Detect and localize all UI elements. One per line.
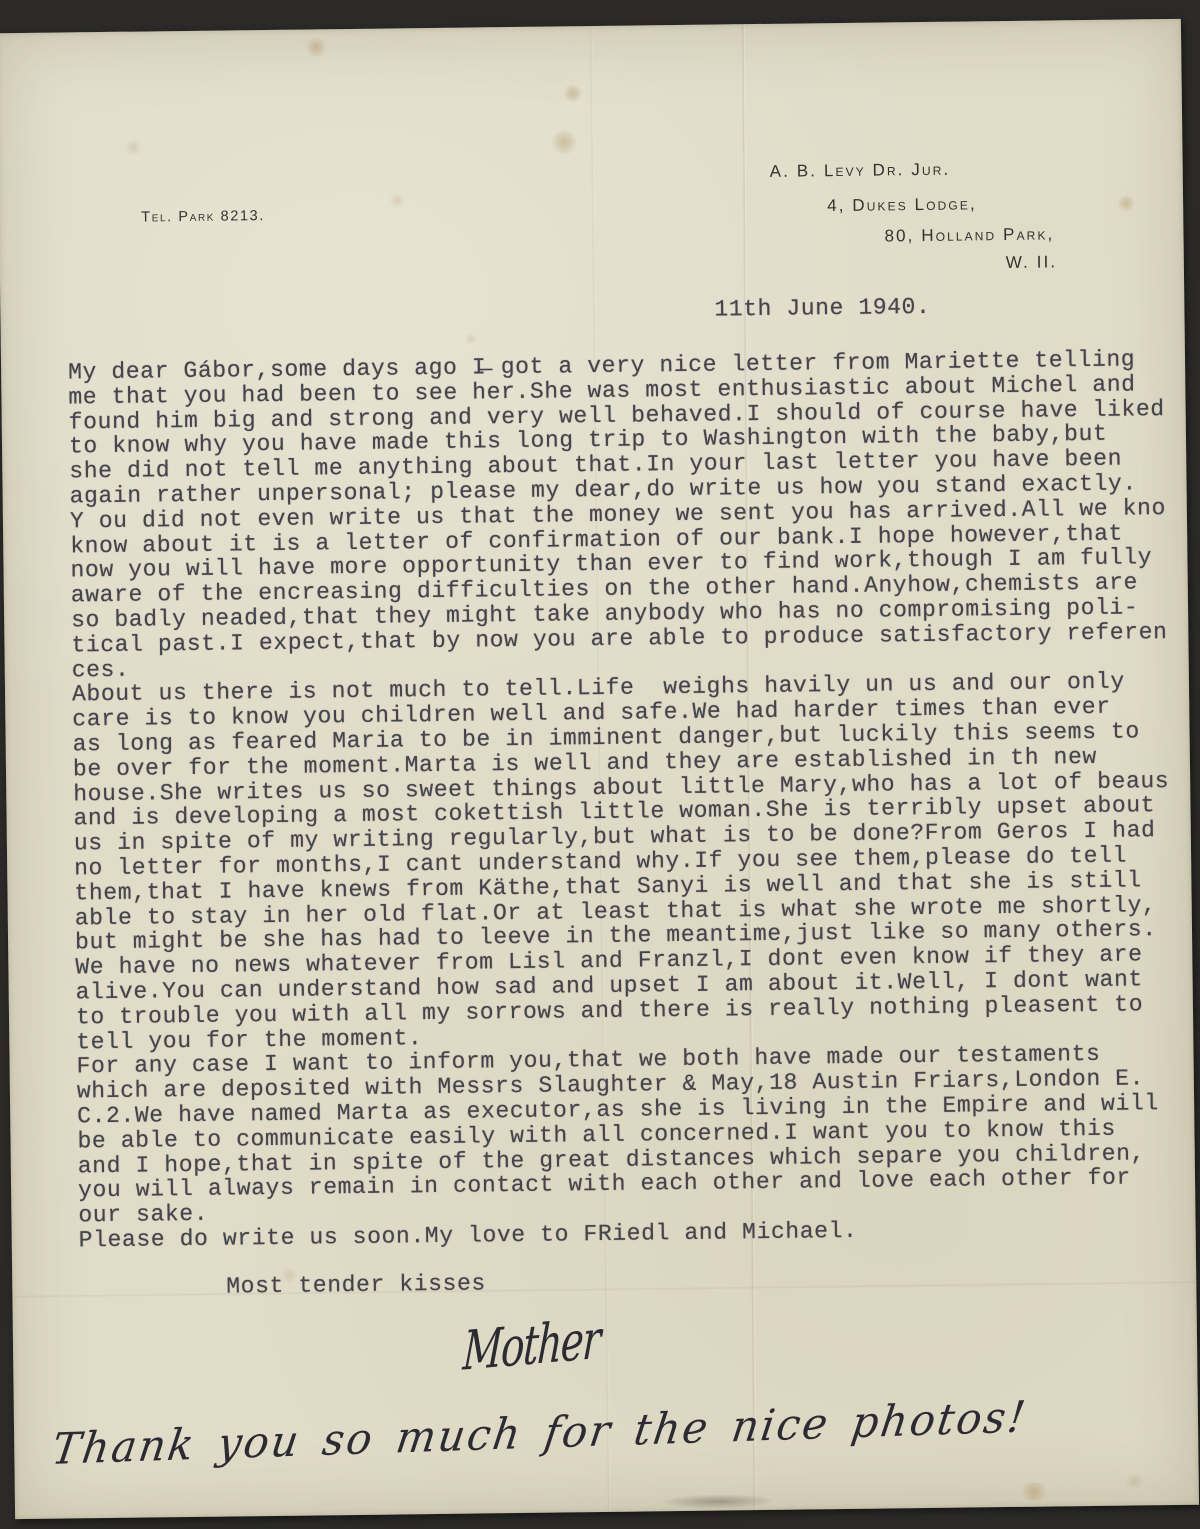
foxing-spot (305, 37, 327, 57)
letterhead-address-line1: 4, Dukes Lodge, (827, 194, 977, 216)
foxing-spot (1117, 195, 1135, 211)
date-line: 11th June 1940. (714, 294, 930, 323)
foxing-spot (465, 333, 477, 344)
foxing-spot (563, 84, 583, 102)
letterhead-address-line3: W. II. (1006, 252, 1058, 273)
foxing-spot (550, 130, 578, 154)
letterhead-address-line2: 80, Holland Park, (884, 224, 1054, 246)
foxing-spot (124, 140, 142, 156)
signature-mother-handwritten: Mother (461, 1308, 601, 1383)
closing-line: Most tender kisses (226, 1270, 486, 1299)
postscript-handwritten: Thank you so much for the nice photos! (49, 1392, 1031, 1475)
letterhead-telephone: Tel. Park 8213. (141, 208, 265, 226)
letter-paper: Tel. Park 8213. A. B. Levy Dr. Jur. 4, D… (0, 19, 1199, 1519)
letterhead-name: A. B. Levy Dr. Jur. (770, 160, 951, 182)
foxing-spot (1123, 1474, 1147, 1488)
letter-body: My dear Gábor,some days ago I̶ got a ver… (68, 347, 1175, 1253)
foxing-spot (1019, 1483, 1049, 1501)
foxing-spot (389, 193, 405, 207)
